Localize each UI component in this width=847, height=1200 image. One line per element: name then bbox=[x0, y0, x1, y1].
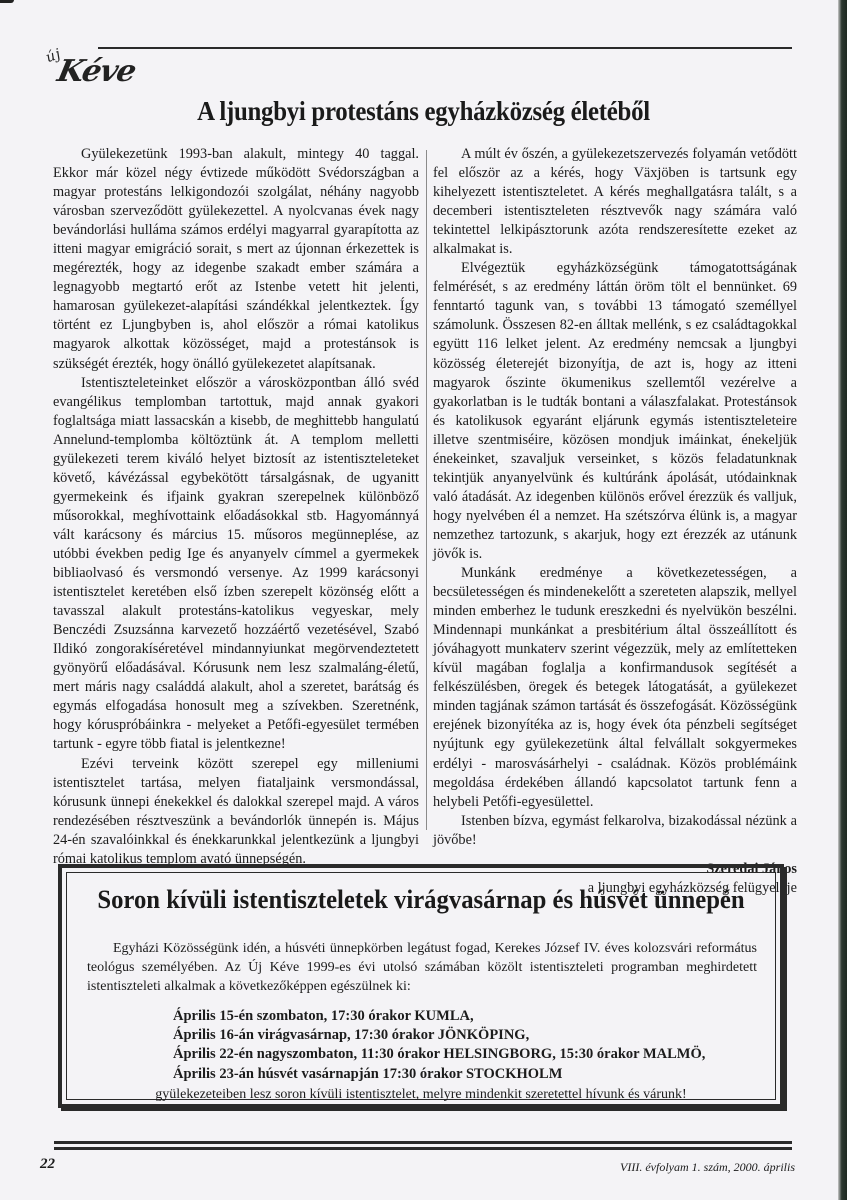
corner-mark bbox=[0, 0, 14, 3]
scan-edge bbox=[838, 0, 847, 1200]
logo-main-text: Kéve bbox=[54, 54, 138, 89]
schedule-list: Április 15-én szombaton, 17:30 órakor KU… bbox=[173, 1007, 705, 1084]
paragraph: Istenben bízva, egymást felkarolva, biza… bbox=[433, 812, 797, 850]
header-rule bbox=[98, 47, 792, 49]
notice-intro: Egyházi Közösségünk idén, a húsvéti ünne… bbox=[87, 939, 757, 996]
notice-intro-text: Egyházi Közösségünk idén, a húsvéti ünne… bbox=[87, 939, 757, 996]
notice-closing: gyülekezeteiben lesz soron kívüli istent… bbox=[67, 1087, 775, 1103]
notice-title: Soron kívüli istentiszteletek virágvasár… bbox=[85, 885, 758, 915]
article-right-column: A múlt év őszén, a gyülekezetszervezés f… bbox=[433, 145, 797, 898]
schedule-item: Április 15-én szombaton, 17:30 órakor KU… bbox=[173, 1007, 705, 1026]
paragraph: Munkánk eredménye a következetességen, a… bbox=[433, 564, 797, 812]
paragraph: A múlt év őszén, a gyülekezetszervezés f… bbox=[433, 145, 797, 259]
column-divider bbox=[426, 150, 427, 830]
article-left-column: Gyülekezetünk 1993-ban alakult, mintegy … bbox=[53, 145, 419, 869]
schedule-item: Április 22-én nagyszombaton, 11:30 órako… bbox=[173, 1045, 705, 1064]
footer-rule bbox=[54, 1147, 792, 1150]
paragraph: Istentiszteleteinket először a városközp… bbox=[53, 374, 419, 755]
notice-inner-border: Soron kívüli istentiszteletek virágvasár… bbox=[66, 872, 776, 1100]
paragraph: Gyülekezetünk 1993-ban alakult, mintegy … bbox=[53, 145, 419, 374]
schedule-item: Április 16-án virágvasárnap, 17:30 órako… bbox=[173, 1026, 705, 1045]
notice-box: Soron kívüli istentiszteletek virágvasár… bbox=[58, 864, 784, 1108]
page-header: új Kéve bbox=[40, 30, 792, 90]
article-title: A ljungbyi protestáns egyházközség életé… bbox=[34, 96, 813, 127]
paragraph: Elvégeztük egyházközségünk támogatottság… bbox=[433, 259, 797, 564]
footer-rule bbox=[54, 1141, 792, 1144]
schedule-item: Április 23-án húsvét vasárnapján 17:30 ó… bbox=[173, 1065, 705, 1084]
magazine-page: új Kéve A ljungbyi protestáns egyházközs… bbox=[0, 0, 847, 1200]
issue-info: VIII. évfolyam 1. szám, 2000. április bbox=[620, 1160, 795, 1175]
page-number: 22 bbox=[40, 1156, 55, 1173]
paragraph: Ezévi terveink között szerepel egy mille… bbox=[53, 755, 419, 869]
